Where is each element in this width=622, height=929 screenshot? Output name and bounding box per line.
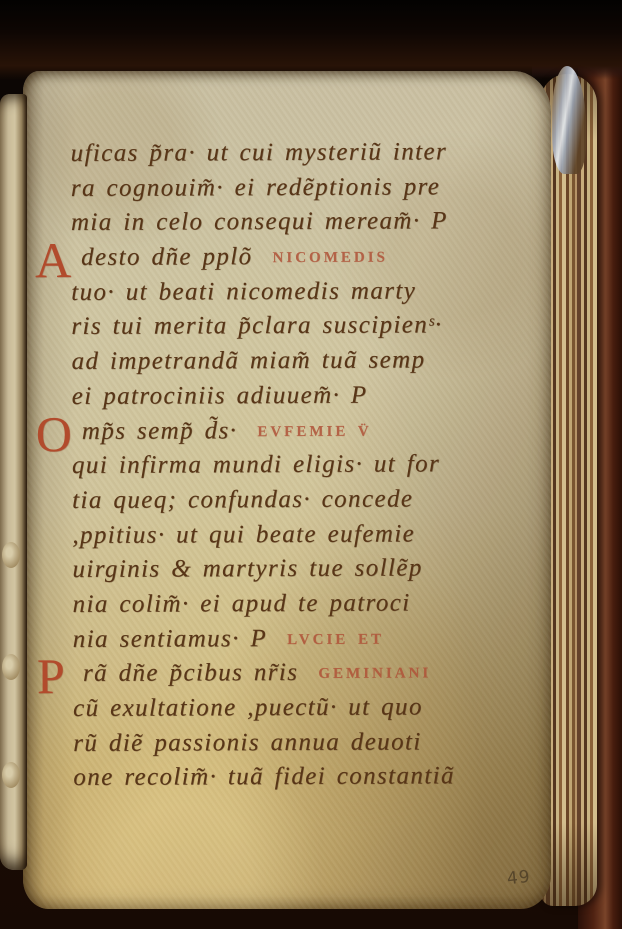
text-block: uficas p̃ra· ut cui mysteriũ interra cog…: [71, 135, 514, 796]
illuminated-initial: O: [36, 411, 74, 455]
body-text: tuo· ut beati nicomedis marty: [71, 277, 416, 306]
manuscript-line: cũ exultatione ,puectũ· ut quo: [73, 690, 513, 727]
body-text: tia queq; confundas· concede: [72, 485, 413, 513]
body-text: rã dñe p̃cibus nr̃is: [83, 659, 299, 687]
manuscript-line: Adesto dñe pplõNICOMEDIS: [71, 239, 511, 276]
body-text: qui infirma mundi eligis· ut for: [72, 451, 440, 480]
manuscript-line: uirginis & martyris tue sollẽp: [72, 551, 512, 588]
rubric-text: EVFEMIE V̈: [257, 423, 371, 439]
sewing-support-bump: [2, 762, 20, 788]
rubric-text: NICOMEDIS: [272, 250, 387, 267]
manuscript-line: nia colim̃· ei apud te patroci: [73, 586, 513, 623]
manuscript-line: tia queq; confundas· concede: [72, 482, 512, 519]
body-text: nia sentiamus· P: [73, 625, 267, 653]
binding-gutter-edge: [0, 94, 27, 870]
body-text: rũ diẽ passionis annua deuoti: [73, 728, 422, 757]
manuscript-line: ris tui merita p̃clara suscipienˢ·: [71, 308, 511, 345]
body-text: ad impetrandã miam̃ tuã semp: [71, 347, 425, 376]
body-text: ,ppitius· ut qui beate eufemie: [72, 520, 415, 548]
body-text: ra cognouim̃· ei redẽptionis pre: [71, 173, 441, 202]
photo-frame: uficas p̃ra· ut cui mysteriũ interra cog…: [0, 0, 622, 929]
manuscript-line: Prã dñe p̃cibus nr̃isGEMINIANI: [73, 655, 513, 692]
body-text: uirginis & martyris tue sollẽp: [72, 555, 422, 584]
manuscript-line: ra cognouim̃· ei redẽptionis pre: [71, 170, 511, 207]
manuscript-line: mia in celo consequi meream̃· P: [71, 204, 511, 241]
rubric-text: LVCIE ET: [287, 631, 384, 647]
body-text: desto dñe pplõ: [81, 243, 253, 271]
top-dark-band: [0, 0, 622, 80]
illuminated-initial: P: [37, 654, 66, 698]
body-text: one recolim̃· tuã fidei constantiã: [73, 763, 455, 792]
manuscript-line: nia sentiamus· PLVCIE ET: [73, 621, 513, 658]
body-text: ris tui merita p̃clara suscipienˢ·: [71, 312, 442, 341]
manuscript-line: one recolim̃· tuã fidei constantiã: [73, 759, 513, 796]
folio-number: 49: [506, 867, 532, 889]
manuscript-line: ei patrociniis adiuuem̃· P: [72, 378, 512, 415]
manuscript-line: uficas p̃ra· ut cui mysteriũ inter: [71, 135, 511, 172]
body-text: cũ exultatione ,puectũ· ut quo: [73, 693, 423, 722]
body-text: ei patrociniis adiuuem̃· P: [72, 381, 368, 409]
manuscript-line: rũ diẽ passionis annua deuoti: [73, 725, 513, 762]
rubric-text: GEMINIANI: [318, 666, 431, 682]
manuscript-line: ,ppitius· ut qui beate eufemie: [72, 517, 512, 554]
manuscript-line: qui infirma mundi eligis· ut for: [72, 447, 512, 484]
manuscript-line: ad impetrandã miam̃ tuã semp: [71, 343, 511, 380]
manuscript-line: tuo· ut beati nicomedis marty: [71, 274, 511, 311]
body-text: nia colim̃· ei apud te patroci: [73, 589, 411, 617]
illuminated-initial: A: [35, 238, 73, 282]
manuscript-line: Omp̃s semp̃ d̃s·EVFEMIE V̈: [72, 413, 512, 450]
sewing-support-bump: [2, 542, 20, 568]
body-text: uficas p̃ra· ut cui mysteriũ inter: [71, 138, 448, 167]
sewing-support-bump: [2, 654, 20, 680]
body-text: mia in celo consequi meream̃· P: [71, 208, 448, 237]
body-text: mp̃s semp̃ d̃s·: [82, 417, 238, 445]
